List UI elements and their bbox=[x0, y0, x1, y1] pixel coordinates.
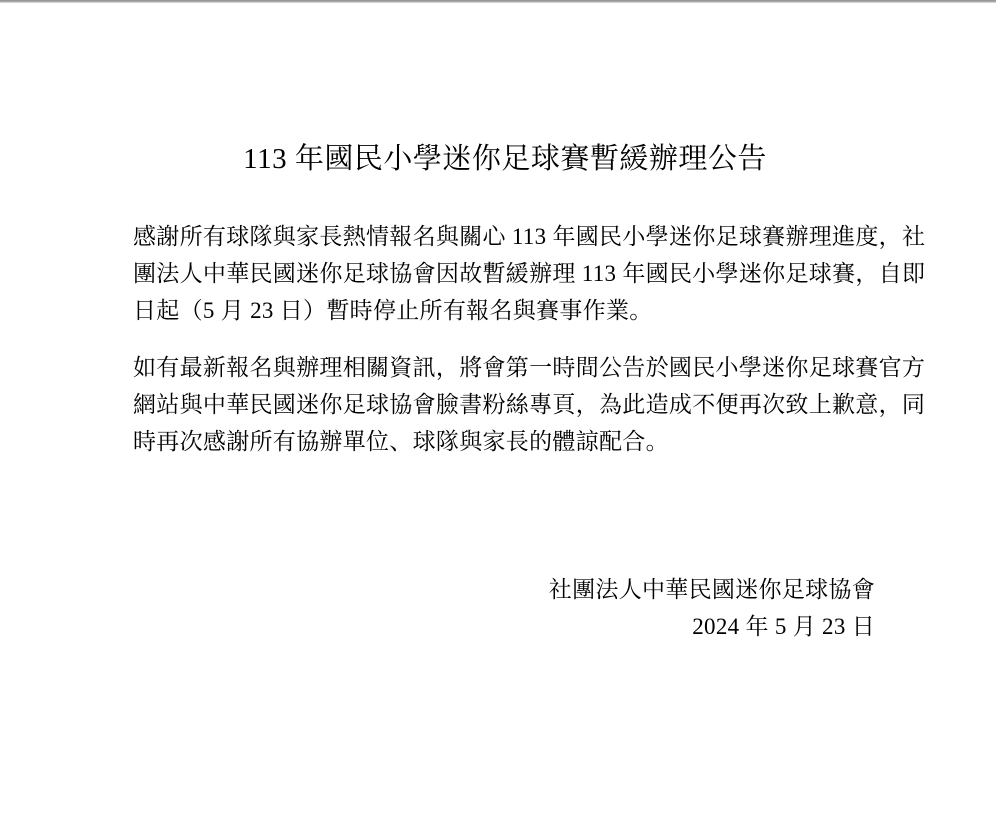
paragraph-line: 感謝所有球隊與家長熱情報名與關心 113 年國民小學迷你足球賽辦理進度，社 bbox=[133, 218, 893, 255]
paragraph-line: 時再次感謝所有協辦單位、球隊與家長的體諒配合。 bbox=[133, 423, 893, 460]
announcement-paragraph-2: 如有最新報名與辦理相關資訊，將會第一時間公告於國民小學迷你足球賽官方 網站與中華… bbox=[133, 349, 893, 460]
paragraph-line: 團法人中華民國迷你足球協會因故暫緩辦理 113 年國民小學迷你足球賽，自即 bbox=[133, 255, 893, 292]
announcement-paragraph-1: 感謝所有球隊與家長熱情報名與關心 113 年國民小學迷你足球賽辦理進度，社 團法… bbox=[133, 218, 893, 329]
document-page: { "document": { "title": "113 年國民小學迷你足球賽… bbox=[0, 0, 996, 832]
signature-date: 2024 年 5 月 23 日 bbox=[133, 608, 875, 645]
paragraph-line: 網站與中華民國迷你足球協會臉書粉絲專頁，為此造成不便再次致上歉意，同 bbox=[133, 386, 893, 423]
paragraph-line: 日起（5 月 23 日）暫時停止所有報名與賽事作業。 bbox=[133, 292, 893, 329]
signature-organization: 社團法人中華民國迷你足球協會 bbox=[133, 571, 875, 608]
paragraph-line: 如有最新報名與辦理相關資訊，將會第一時間公告於國民小學迷你足球賽官方 bbox=[133, 349, 893, 386]
signature-block: 社團法人中華民國迷你足球協會 2024 年 5 月 23 日 bbox=[133, 571, 875, 645]
document-title: 113 年國民小學迷你足球賽暫緩辦理公告 bbox=[133, 140, 877, 178]
window-top-edge bbox=[0, 0, 996, 3]
